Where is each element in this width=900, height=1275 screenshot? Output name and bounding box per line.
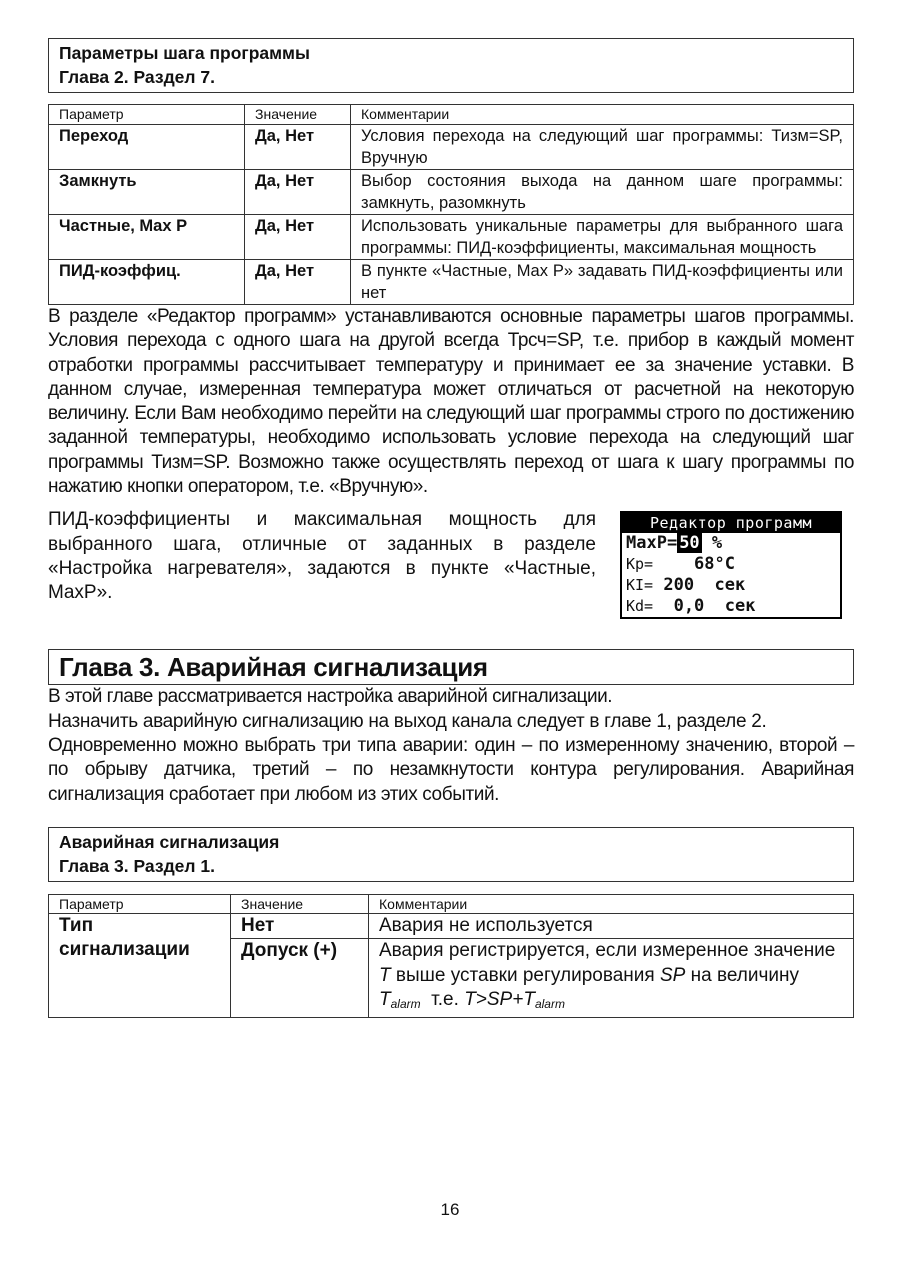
value-cell: Допуск (+) (231, 939, 369, 1018)
header-value: Значение (231, 894, 369, 913)
lcd-value: 0,0 (674, 596, 705, 616)
comment-text: т.е. (421, 989, 465, 1010)
formula: T>SP+T (464, 989, 535, 1010)
paragraph-program-editor: В разделе «Редактор программ» устанавлив… (48, 305, 854, 499)
paragraph-intro: В этой главе рассматривается настройка а… (48, 685, 854, 709)
paragraph-pid: ПИД-коэффициенты и максимальная мощность… (48, 508, 596, 605)
comment-cell: Выбор состояния выхода на данном шаге пр… (351, 170, 854, 215)
chapter-heading: Глава 3. Аварийная сигнализация (48, 649, 854, 685)
param-cell: Тип сигнализации (49, 913, 231, 1017)
table-row: Тип сигнализации Нет Авария не используе… (49, 913, 854, 939)
lcd-row-kd: Kd= 0,0 сек (622, 596, 840, 617)
table-row: Замкнуть Да, Нет Выбор состояния выхода … (49, 170, 854, 215)
symbol-T: T (379, 965, 391, 986)
section-subtitle: Глава 2. Раздел 7. (59, 65, 843, 89)
subscript-alarm: alarm (391, 997, 421, 1011)
alarm-title: Аварийная сигнализация (59, 830, 843, 854)
section-title-box: Параметры шага программы Глава 2. Раздел… (48, 38, 854, 93)
lcd-selected-value: 50 (677, 533, 701, 553)
comment-cell: Авария регистрируется, если измеренное з… (369, 939, 854, 1018)
header-param: Параметр (49, 894, 231, 913)
section-title: Параметры шага программы (59, 41, 843, 65)
step-parameters-table: Параметр Значение Комментарии Переход Да… (48, 104, 854, 305)
comment-cell: Использовать уникальные параметры для вы… (351, 215, 854, 260)
lcd-unit: °C (715, 554, 735, 574)
comment-cell: Авария не используется (369, 913, 854, 939)
value-cell: Нет (231, 913, 369, 939)
value-cell: Да, Нет (245, 260, 351, 305)
subscript-alarm: alarm (535, 997, 565, 1011)
value-cell: Да, Нет (245, 215, 351, 260)
lcd-label: Kp= (626, 555, 653, 573)
param-cell: Частные, Max P (49, 215, 245, 260)
lcd-unit: % (712, 533, 722, 553)
alarm-parameters-table: Параметр Значение Комментарии Тип сигнал… (48, 894, 854, 1018)
header-comment: Комментарии (369, 894, 854, 913)
header-comment: Комментарии (351, 105, 854, 125)
lcd-label: MaxP= (626, 533, 677, 553)
header-value: Значение (245, 105, 351, 125)
table-row: ПИД-коэффиц. Да, Нет В пункте «Частные, … (49, 260, 854, 305)
paragraph-alarm-types: Одновременно можно выбрать три типа авар… (48, 734, 854, 807)
value-cell: Да, Нет (245, 125, 351, 170)
comment-text: выше уставки регулирования (391, 965, 660, 986)
page-number: 16 (0, 1200, 900, 1220)
header-param: Параметр (49, 105, 245, 125)
table-row: Частные, Max P Да, Нет Использовать уник… (49, 215, 854, 260)
alarm-title-box: Аварийная сигнализация Глава 3. Раздел 1… (48, 827, 854, 882)
value-cell: Да, Нет (245, 170, 351, 215)
alarm-subtitle: Глава 3. Раздел 1. (59, 854, 843, 878)
lcd-value: 68 (694, 554, 714, 574)
comment-text: на величину (685, 965, 799, 986)
paragraph-assign: Назначить аварийную сигнализацию на выхо… (48, 710, 854, 734)
lcd-label: KI= (626, 576, 653, 594)
lcd-value: 200 (663, 575, 694, 595)
lcd-row-maxp: MaxP=50 % (622, 533, 840, 554)
symbol-SP: SP (660, 965, 685, 986)
pid-section: ПИД-коэффициенты и максимальная мощность… (48, 508, 854, 619)
table-row: Переход Да, Нет Условия перехода на след… (49, 125, 854, 170)
param-cell: Переход (49, 125, 245, 170)
lcd-screen: Редактор программ MaxP=50 % Kp= 68°C KI=… (620, 511, 842, 619)
symbol-T-alarm: T (379, 989, 391, 1010)
lcd-unit: сек (715, 575, 746, 595)
param-cell: ПИД-коэффиц. (49, 260, 245, 305)
comment-text: Авария регистрируется, если измеренное з… (379, 940, 835, 961)
lcd-row-ki: KI= 200 сек (622, 575, 840, 596)
param-cell: Замкнуть (49, 170, 245, 215)
lcd-unit: сек (725, 596, 756, 616)
lcd-row-kp: Kp= 68°C (622, 554, 840, 575)
comment-cell: В пункте «Частные, Max P» задавать ПИД-к… (351, 260, 854, 305)
comment-cell: Условия перехода на следующий шаг програ… (351, 125, 854, 170)
document-page: Параметры шага программы Глава 2. Раздел… (48, 38, 854, 1018)
lcd-title: Редактор программ (622, 513, 840, 533)
table-header-row: Параметр Значение Комментарии (49, 894, 854, 913)
lcd-label: Kd= (626, 597, 653, 615)
table-header-row: Параметр Значение Комментарии (49, 105, 854, 125)
